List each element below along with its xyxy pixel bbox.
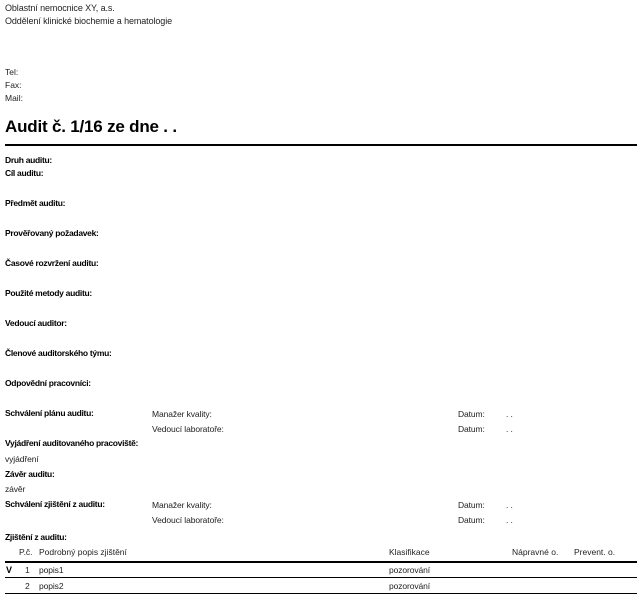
row-classification: pozorování <box>389 565 430 575</box>
field-casove-rozvrzeni: Časové rozvržení auditu: <box>5 258 98 268</box>
field-druh-auditu: Druh auditu: <box>5 155 52 165</box>
plan-approval-label: Schválení plánu auditu: <box>5 408 94 418</box>
findings-approval-date-label: Datum: <box>458 500 485 510</box>
column-header-description: Podrobný popis zjištění <box>39 547 127 557</box>
statement-value: vyjádření <box>5 454 39 464</box>
organization-name: Oblastní nemocnice XY, a.s. <box>5 3 115 13</box>
department-name: Oddělení klinické biochemie a hematologi… <box>5 16 172 26</box>
conclusion-label: Závěr auditu: <box>5 469 54 479</box>
plan-approval-role: Manažer kvality: <box>152 409 212 419</box>
plan-approval-date-value: . . <box>506 424 513 434</box>
title-divider <box>5 144 637 146</box>
mail-label: Mail: <box>5 93 23 103</box>
column-header-preventive: Prevent. o. <box>574 547 615 557</box>
findings-approval-role: Manažer kvality: <box>152 500 212 510</box>
column-header-classification: Klasifikace <box>389 547 430 557</box>
field-pouzite-metody: Použité metody auditu: <box>5 288 92 298</box>
plan-approval-date-value: . . <box>506 409 513 419</box>
row-divider <box>5 593 637 594</box>
statement-label: Vyjádření auditovaného pracoviště: <box>5 438 138 448</box>
plan-approval-date-label: Datum: <box>458 409 485 419</box>
findings-approval-date-value: . . <box>506 515 513 525</box>
plan-approval-role: Vedoucí laboratoře: <box>152 424 224 434</box>
findings-approval-date-value: . . <box>506 500 513 510</box>
field-cil-auditu: Cíl auditu: <box>5 168 43 178</box>
plan-approval-date-label: Datum: <box>458 424 485 434</box>
row-classification: pozorování <box>389 581 430 591</box>
field-clenove-tymu: Členové auditorského týmu: <box>5 348 112 358</box>
row-description: popis1 <box>39 565 63 575</box>
table-header-divider <box>5 561 637 563</box>
row-marker: V <box>6 565 12 575</box>
field-odpovedni-pracovnici: Odpovědní pracovníci: <box>5 378 91 388</box>
findings-approval-date-label: Datum: <box>458 515 485 525</box>
row-number: 2 <box>25 581 30 591</box>
field-vedouci-auditor: Vedoucí auditor: <box>5 318 67 328</box>
findings-label: Zjištění z auditu: <box>5 532 67 542</box>
column-header-corrective: Nápravné o. <box>512 547 558 557</box>
findings-approval-role: Vedoucí laboratoře: <box>152 515 224 525</box>
fax-label: Fax: <box>5 80 22 90</box>
row-number: 1 <box>25 565 30 575</box>
tel-label: Tel: <box>5 67 18 77</box>
field-predmet-auditu: Předmět auditu: <box>5 198 65 208</box>
findings-approval-label: Schválení zjištění z auditu: <box>5 499 105 509</box>
column-header-number: P.č. <box>19 547 33 557</box>
row-divider <box>5 577 637 578</box>
page-title: Audit č. 1/16 ze dne . . <box>5 117 177 137</box>
row-description: popis2 <box>39 581 63 591</box>
field-proverovany-pozadavek: Prověřovaný požadavek: <box>5 228 99 238</box>
conclusion-value: závěr <box>5 484 25 494</box>
